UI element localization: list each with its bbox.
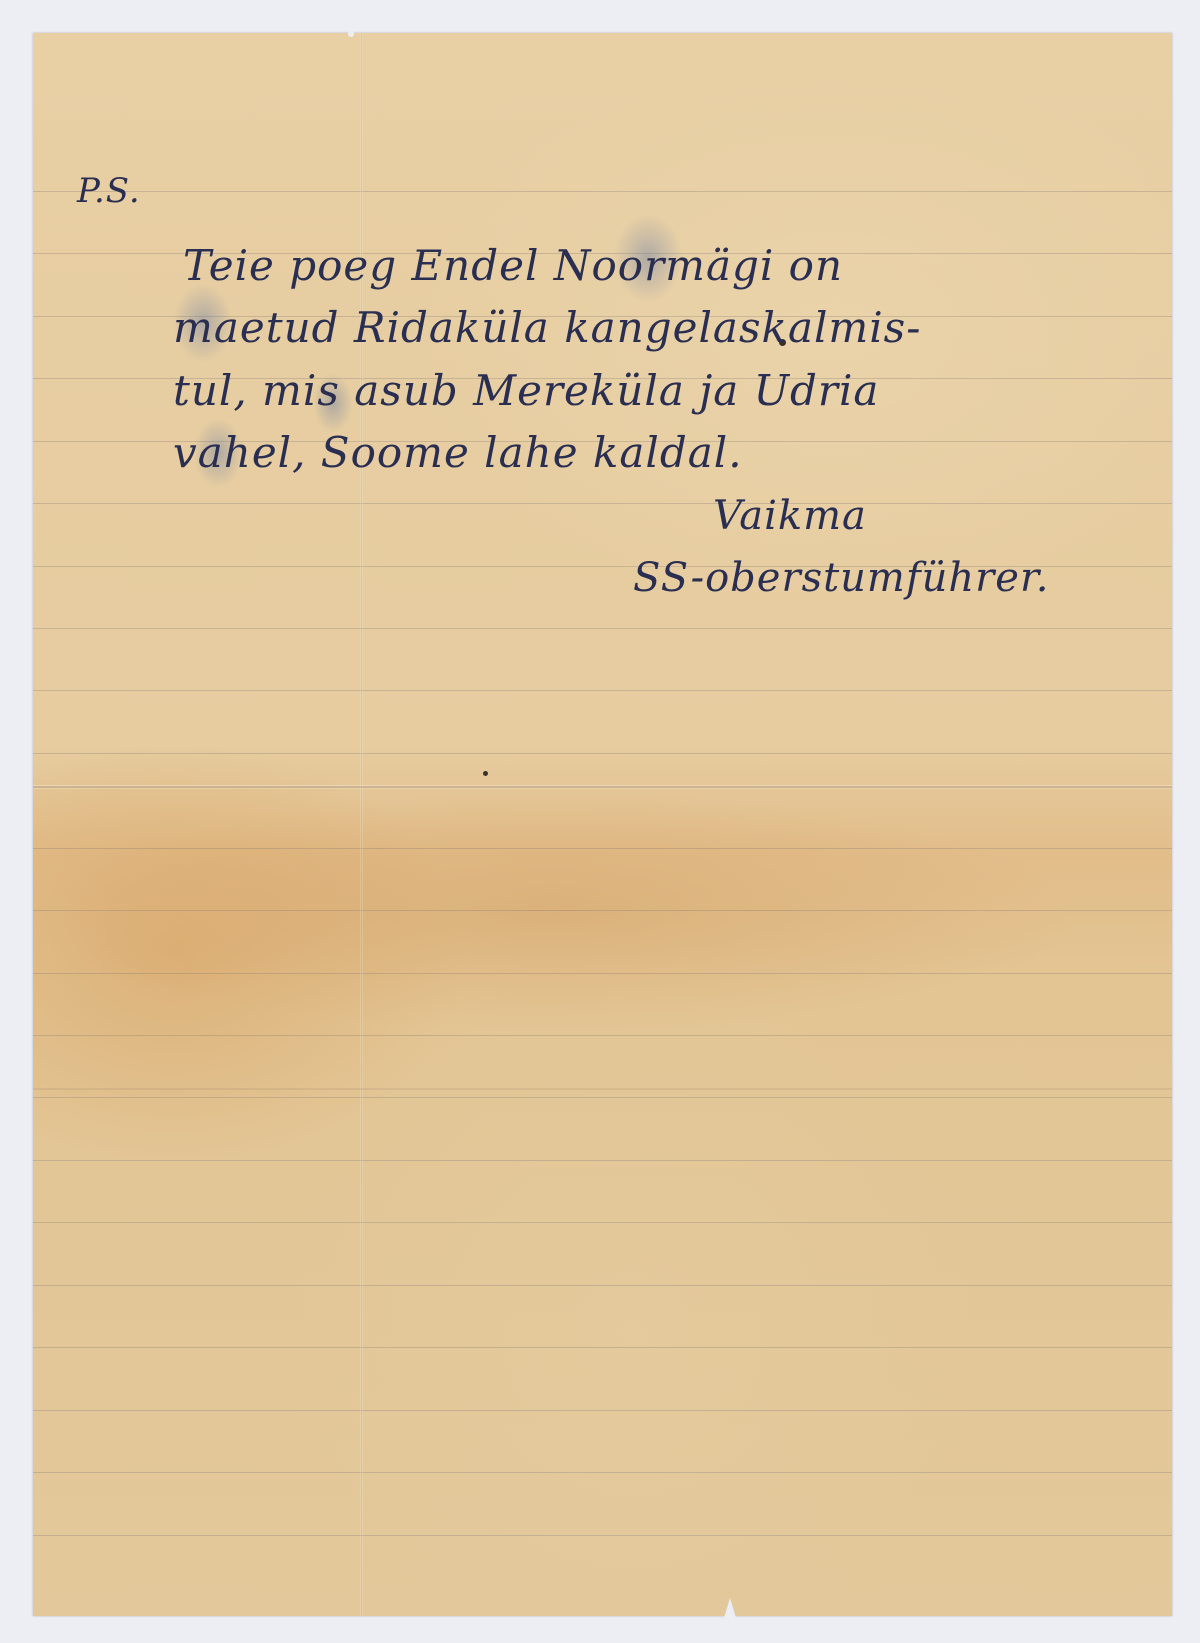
bottom-tear <box>724 1598 736 1618</box>
faint-fold <box>33 1088 1172 1090</box>
body-line: maetud Ridaküla kangelaskalmis- <box>173 303 921 352</box>
ruled-line <box>33 1472 1172 1473</box>
signature-name: Vaikma <box>713 493 867 539</box>
body-line: vahel, Soome lahe kaldal. <box>173 428 743 477</box>
ruled-line <box>33 1160 1172 1161</box>
ruled-line <box>33 1097 1172 1098</box>
body-line: tul, mis asub Mereküla ja Udria <box>173 366 879 415</box>
letter-page: P.S. Teie poeg Endel Noormägi on maetud … <box>33 33 1172 1616</box>
ruled-line <box>33 503 1172 504</box>
top-notch <box>348 31 354 37</box>
stain-dot <box>483 771 488 776</box>
ruled-line <box>33 910 1172 911</box>
ruled-line <box>33 753 1172 754</box>
ruled-line <box>33 1410 1172 1411</box>
ruled-line <box>33 1222 1172 1223</box>
ruled-line <box>33 690 1172 691</box>
ruled-line <box>33 628 1172 629</box>
horizontal-fold <box>33 785 1172 789</box>
ruled-line <box>33 1035 1172 1036</box>
ruled-line <box>33 848 1172 849</box>
body-line: Teie poeg Endel Noormägi on <box>183 241 843 290</box>
ruled-line <box>33 1285 1172 1286</box>
signature-rank: SS-oberstumführer. <box>633 555 1049 601</box>
ruled-line <box>33 191 1172 192</box>
postscript-label: P.S. <box>77 171 141 211</box>
ruled-line <box>33 1535 1172 1536</box>
ruled-line <box>33 973 1172 974</box>
ruled-line <box>33 1347 1172 1348</box>
